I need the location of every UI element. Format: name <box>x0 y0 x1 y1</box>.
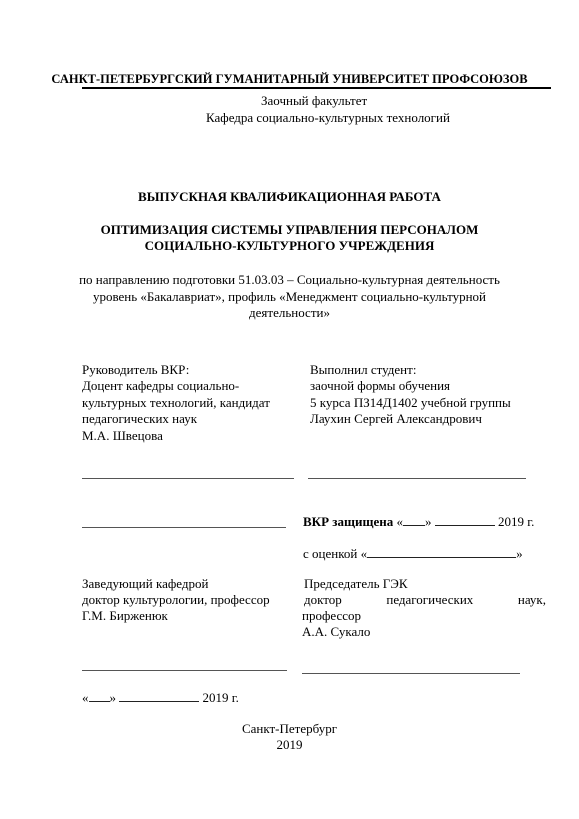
chair-line-1: доктор педагогических наук, <box>304 592 546 607</box>
header-rule <box>82 87 551 89</box>
blank-signature-line <box>82 527 286 528</box>
supervisor-signature-line <box>82 478 294 479</box>
direction-line-1: по направлению подготовки 51.03.03 – Соц… <box>0 272 579 287</box>
date-month-blank <box>119 690 199 702</box>
supervisor-line-2: культурных технологий, кандидат <box>82 395 270 410</box>
defense-label: ВКР защищена <box>303 514 393 529</box>
topic-line-1: ОПТИМИЗАЦИЯ СИСТЕМЫ УПРАВЛЕНИЯ ПЕРСОНАЛО… <box>0 222 579 237</box>
defense-day-blank <box>403 514 425 526</box>
date-day-blank <box>89 690 110 702</box>
grade-close-quote: » <box>516 546 523 561</box>
grade-blank <box>367 546 516 558</box>
city: Санкт-Петербург <box>0 721 579 736</box>
supervisor-line-3: педагогических наук <box>82 411 197 426</box>
department-name: Кафедра социально-культурных технологий <box>206 110 450 125</box>
student-line-2: 5 курса ПЗ14Д1402 учебной группы <box>310 395 511 410</box>
student-label: Выполнил студент: <box>310 362 416 377</box>
chair-signature-line <box>302 673 520 674</box>
defense-grade: с оценкой «» <box>303 546 523 561</box>
defense-status: ВКР защищена «» 2019 г. <box>303 514 534 529</box>
university-name: САНКТ-ПЕТЕРБУРГСКИЙ ГУМАНИТАРНЫЙ УНИВЕРС… <box>0 72 579 87</box>
chair-label: Председатель ГЭК <box>304 576 408 591</box>
defense-year: 2019 г. <box>498 514 534 529</box>
head-signature-line <box>82 670 287 671</box>
defense-month-blank <box>435 514 495 526</box>
faculty-name: Заочный факультет <box>261 93 367 108</box>
student-signature-line <box>308 478 526 479</box>
head-name: Г.М. Бирженюк <box>82 608 168 623</box>
supervisor-line-1: Доцент кафедры социально- <box>82 378 239 393</box>
direction-line-2: уровень «Бакалавриат», профиль «Менеджме… <box>0 289 579 304</box>
year: 2019 <box>0 737 579 752</box>
supervisor-label: Руководитель ВКР: <box>82 362 189 377</box>
grade-label: с оценкой « <box>303 546 367 561</box>
direction-line-3: деятельности» <box>0 305 579 320</box>
head-line-1: доктор культурологии, профессор <box>82 592 270 607</box>
defense-close-quote: » <box>425 514 432 529</box>
student-name: Лаухин Сергей Александрович <box>310 411 482 426</box>
chair-name: А.А. Сукало <box>302 624 370 639</box>
supervisor-name: М.А. Швецова <box>82 428 163 443</box>
topic-line-2: СОЦИАЛЬНО-КУЛЬТУРНОГО УЧРЕЖДЕНИЯ <box>0 238 579 253</box>
work-type-title: ВЫПУСКНАЯ КВАЛИФИКАЦИОННАЯ РАБОТА <box>0 189 579 204</box>
approval-date: «» 2019 г. <box>82 690 239 705</box>
student-line-1: заочной формы обучения <box>310 378 450 393</box>
head-label: Заведующий кафедрой <box>82 576 208 591</box>
chair-line-2: профессор <box>302 608 361 623</box>
date-year: 2019 г. <box>203 690 239 705</box>
